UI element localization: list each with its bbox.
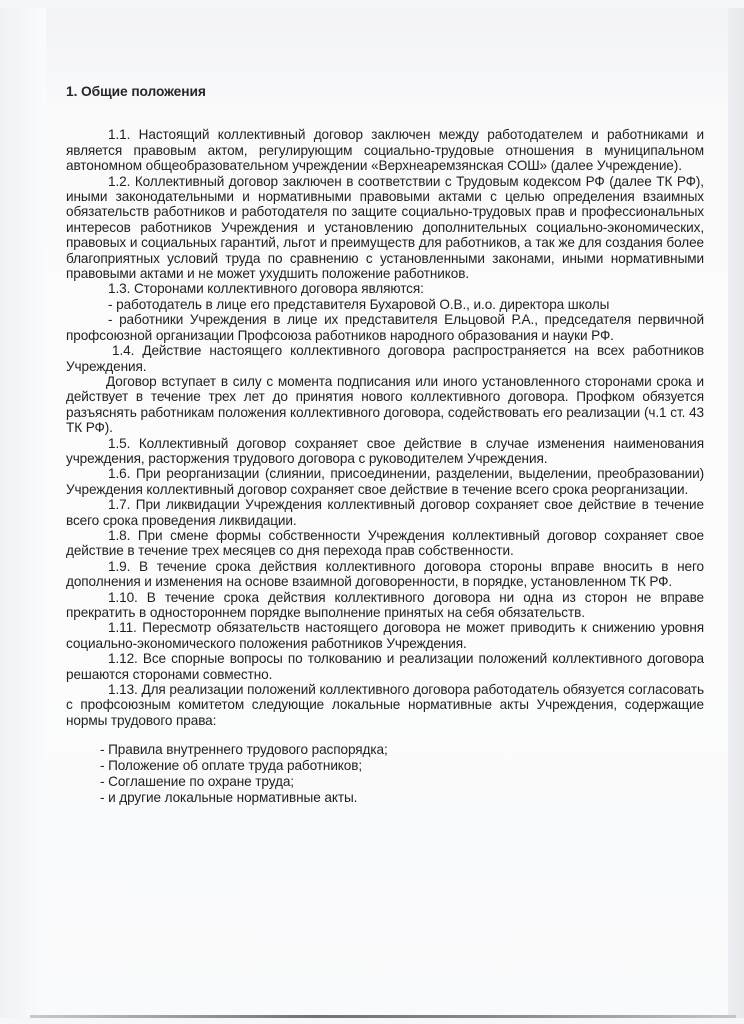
paragraph-1-10: 1.10. В течение срока действия коллектив… xyxy=(66,590,704,621)
paragraph-1-3: 1.3. Сторонами коллективного договора яв… xyxy=(66,281,704,296)
paragraph-entry-into-force: Договор вступает в силу с момента подпис… xyxy=(66,374,704,436)
paragraph-1-11: 1.11. Пересмотр обязательств настоящего … xyxy=(66,620,704,651)
paragraph-1-12: 1.12. Все спорные вопросы по толкованию … xyxy=(66,651,704,682)
paragraph-1-1: 1.1. Настоящий коллективный договор закл… xyxy=(66,127,704,173)
scan-right-margin xyxy=(728,8,744,1018)
scanned-document: 1. Общие положения 1.1. Настоящий коллек… xyxy=(0,0,744,1024)
paragraph-1-5: 1.5. Коллективный договор сохраняет свое… xyxy=(66,436,704,467)
list-item: - и другие локальные нормативные акты. xyxy=(100,790,704,806)
party-employer: - работодатель в лице его представителя … xyxy=(66,297,704,312)
page-content: 1. Общие положения 1.1. Настоящий коллек… xyxy=(66,84,704,805)
section-title: 1. Общие положения xyxy=(66,84,704,99)
paragraph-1-7: 1.7. При ликвидации Учреждения коллектив… xyxy=(66,497,704,528)
scan-bottom-edge xyxy=(30,1015,736,1018)
scan-left-margin xyxy=(0,8,46,1018)
paragraph-1-13: 1.13. Для реализации положений коллектив… xyxy=(66,682,704,728)
list-item: - Правила внутреннего трудового распоряд… xyxy=(100,742,704,758)
list-item: - Соглашение по охране труда; xyxy=(100,774,704,790)
local-acts-list: - Правила внутреннего трудового распоряд… xyxy=(66,742,704,805)
document-page: 1. Общие положения 1.1. Настоящий коллек… xyxy=(46,8,728,1016)
paragraph-1-6: 1.6. При реорганизации (слиянии, присоед… xyxy=(66,466,704,497)
paragraph-1-8: 1.8. При смене формы собственности Учреж… xyxy=(66,528,704,559)
list-item: - Положение об оплате труда работников; xyxy=(100,758,704,774)
paragraph-1-9: 1.9. В течение срока действия коллективн… xyxy=(66,559,704,590)
paragraph-1-4: 1.4. Действие настоящего коллективного д… xyxy=(66,343,704,374)
paragraph-1-2: 1.2. Коллективный договор заключен в соо… xyxy=(66,174,704,282)
party-employees: - работники Учреждения в лице их предста… xyxy=(66,312,704,343)
